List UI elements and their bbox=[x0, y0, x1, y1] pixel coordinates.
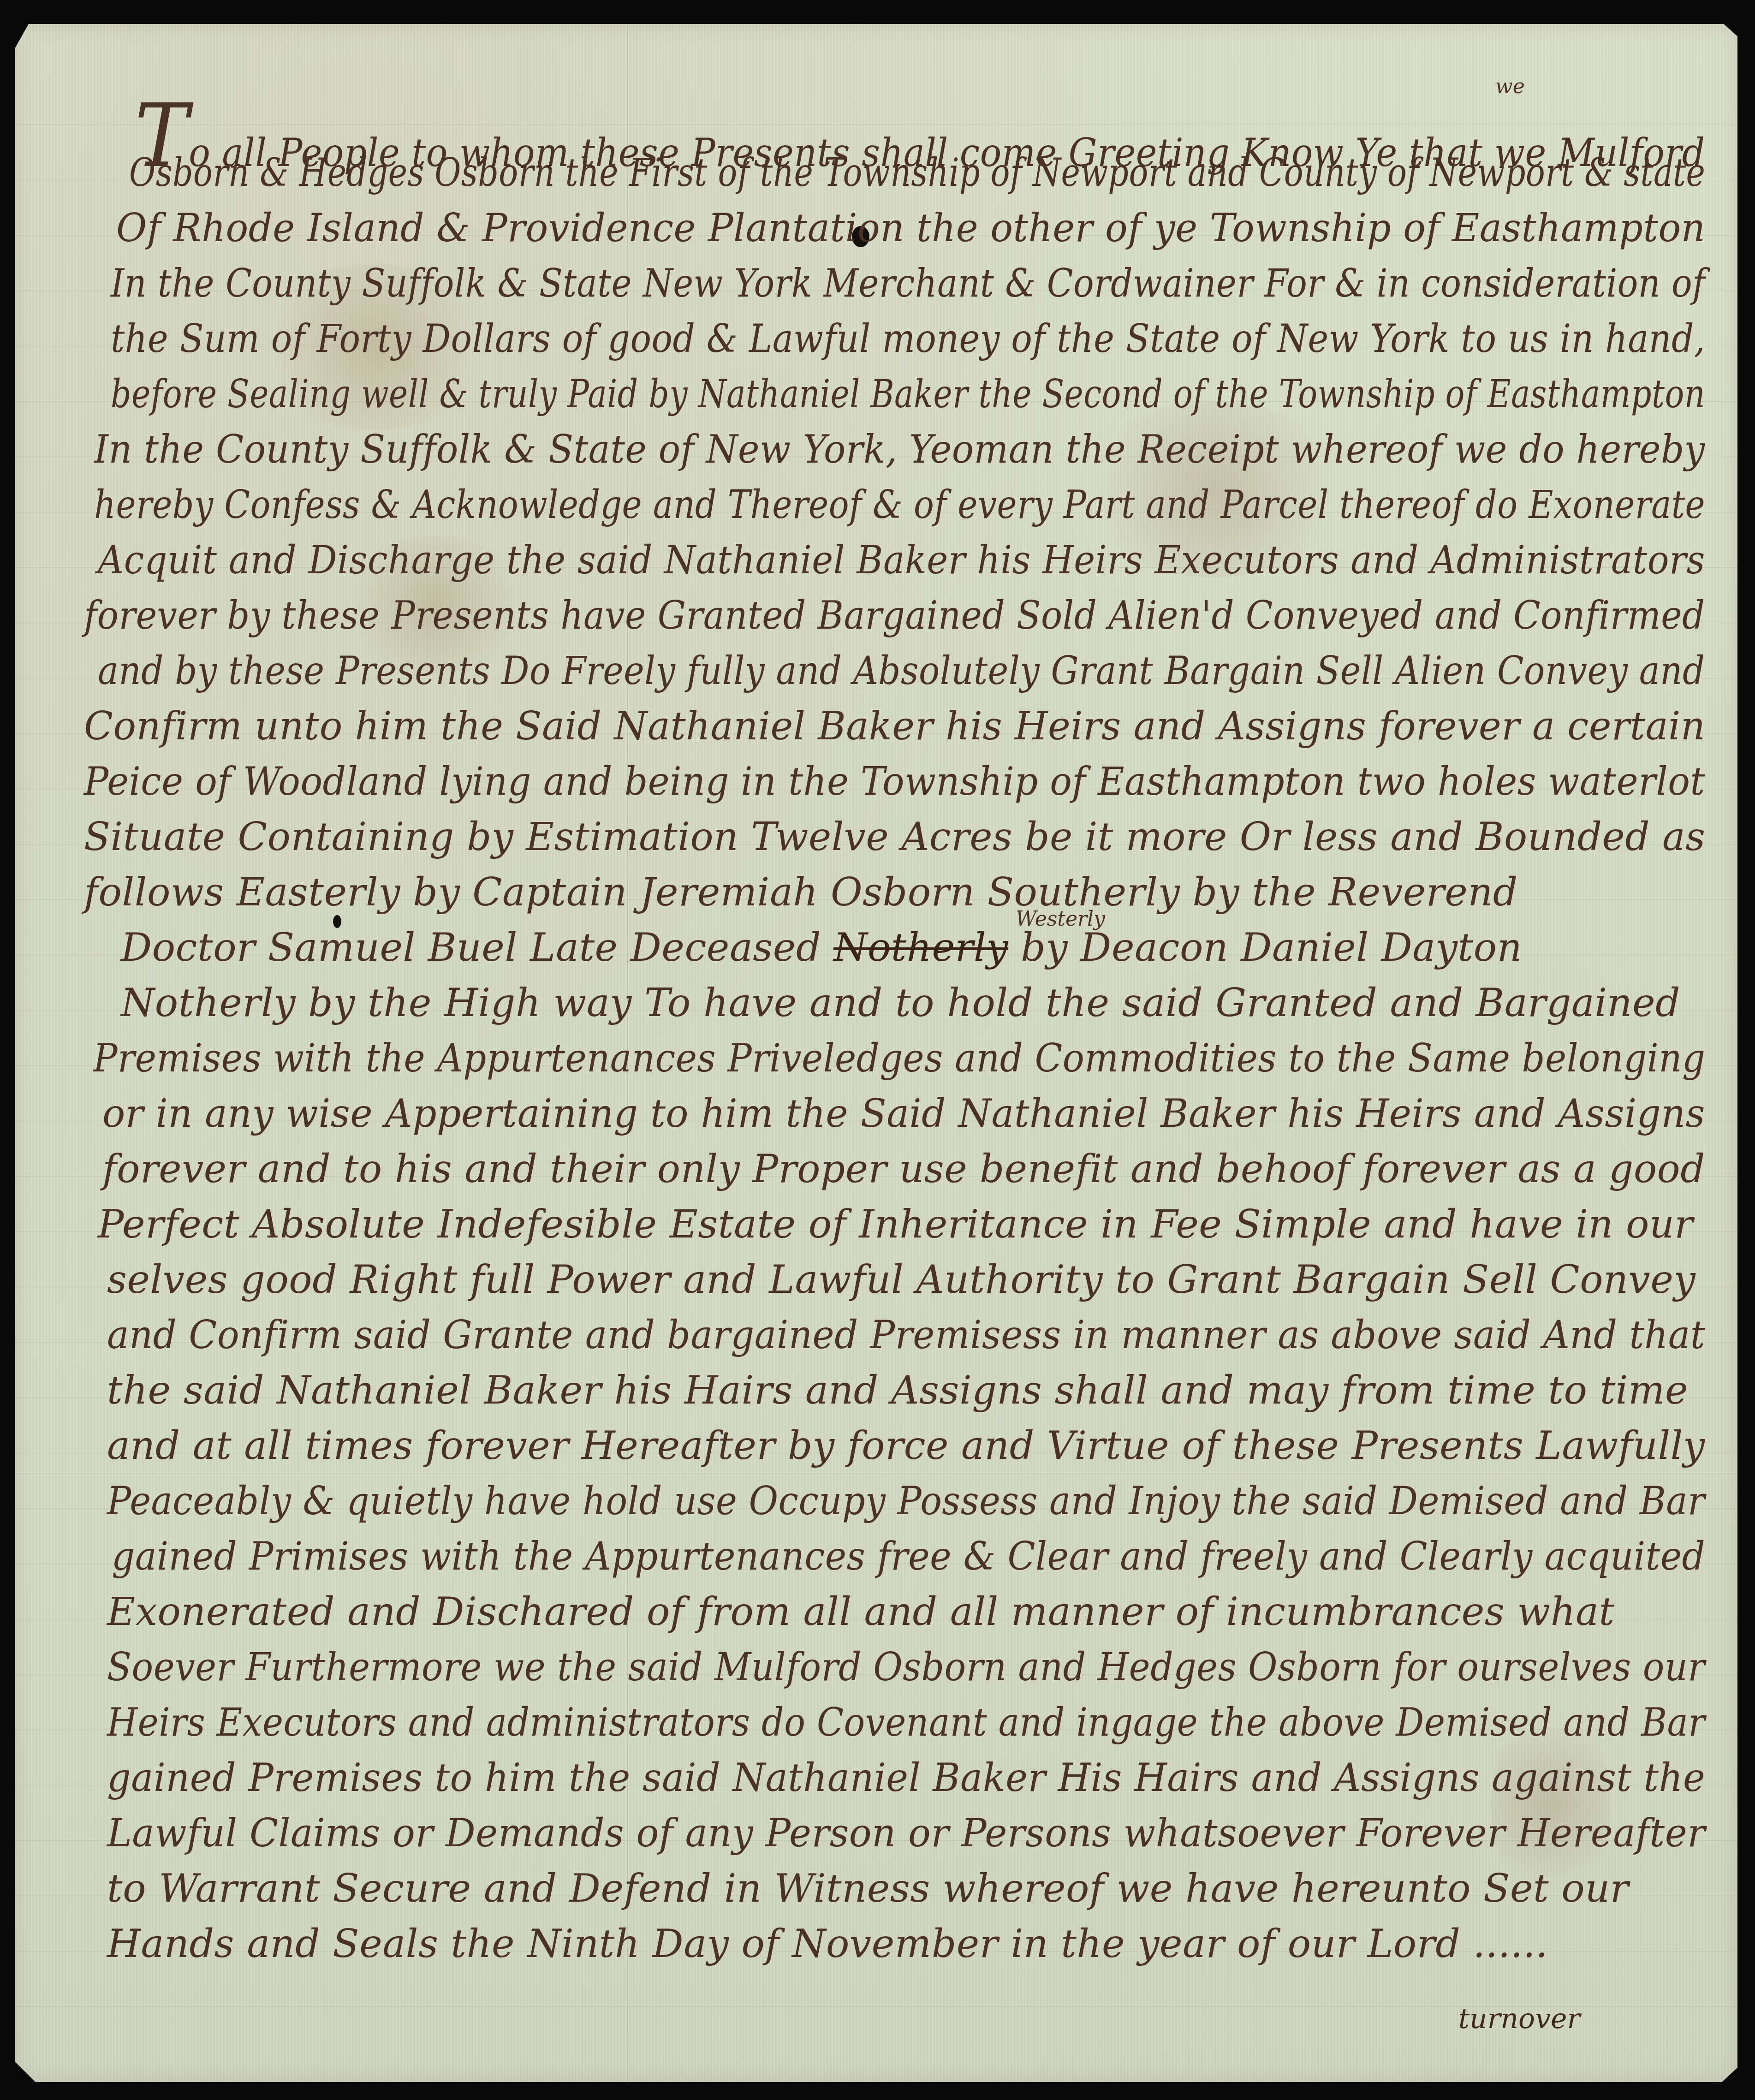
deed-line-19: or in any wise Appertaining to him the S… bbox=[102, 1094, 1667, 1133]
deed-paper: To all People to whom these Presents sha… bbox=[15, 24, 1737, 2082]
deed-line-25: and at all times forever Hereafter by fo… bbox=[107, 1426, 1702, 1465]
deed-line-11: and by these Presents Do Freely fully an… bbox=[98, 651, 1541, 690]
deed-line-15: follows Easterly by Captain Jeremiah Osb… bbox=[84, 873, 1705, 911]
deed-line-16-rest: by Deacon Daniel Dayton bbox=[1021, 925, 1522, 970]
deed-line-20: forever and to his and their only Proper… bbox=[102, 1149, 1697, 1188]
deed-line-8: hereby Confess & Acknowledge and Thereof… bbox=[94, 485, 1497, 524]
deed-line-33: to Warrant Secure and Defend in Witness … bbox=[107, 1869, 1705, 1908]
deed-line-3: Of Rhode Island & Providence Plantation … bbox=[116, 208, 1652, 247]
deed-line-29: Soever Furthermore we the said Mulford O… bbox=[107, 1648, 1586, 1686]
deed-line-10: forever by these Presents have Granted B… bbox=[84, 596, 1570, 635]
deed-line-13: Peice of Woodland lying and being in the… bbox=[84, 762, 1617, 801]
interlinear-insertion-we: we bbox=[1495, 75, 1525, 98]
struck-word: Notherly bbox=[833, 925, 1008, 970]
deed-line-12: Confirm unto him the Said Nathaniel Bake… bbox=[84, 707, 1678, 745]
deed-line-16: Doctor Samuel Buel Late Deceased Notherl… bbox=[121, 928, 1705, 967]
deed-line-4: In the County Suffolk & State New York M… bbox=[111, 264, 1523, 303]
deed-line-28: Exonerated and Dischared of from all and… bbox=[107, 1592, 1705, 1631]
deed-line-14: Situate Containing by Estimation Twelve … bbox=[84, 817, 1696, 856]
deed-line-30: Heirs Executors and administrators do Co… bbox=[107, 1703, 1557, 1742]
turnover-note: turnover bbox=[1458, 2003, 1580, 2035]
deed-line-26: Peaceably & quietly have hold use Occupy… bbox=[107, 1481, 1588, 1520]
deed-line-7: In the County Suffolk & State of New Yor… bbox=[94, 430, 1608, 469]
deed-line-2: Osborn & Hedges Osborn the First of the … bbox=[129, 153, 1443, 192]
deed-line-27: gained Primises with the Appurtenances f… bbox=[112, 1537, 1606, 1576]
deed-line-31: gained Premises to him the said Nathanie… bbox=[107, 1758, 1649, 1797]
deed-line-18: Premises with the Appurtenances Priveled… bbox=[93, 1039, 1595, 1077]
deed-line-6: before Sealing well & truly Paid by Nath… bbox=[111, 375, 1437, 413]
deed-line-32: Lawful Claims or Demands of any Person o… bbox=[107, 1814, 1654, 1852]
deed-line-9: Acquit and Discharge the said Nathaniel … bbox=[98, 541, 1590, 579]
deed-line-24: the said Nathaniel Baker his Hairs and A… bbox=[107, 1371, 1705, 1410]
deed-line-17: Notherly by the High way To have and to … bbox=[121, 983, 1705, 1022]
deed-line-23: and Confirm said Grante and bargained Pr… bbox=[107, 1315, 1629, 1354]
deed-line-16-text: Doctor Samuel Buel Late Deceased bbox=[121, 925, 821, 970]
deed-text: To all People to whom these Presents sha… bbox=[15, 24, 1737, 2082]
deed-line-34: Hands and Seals the Ninth Day of Novembe… bbox=[107, 1924, 1705, 1963]
deed-line-22: selves good Right full Power and Lawful … bbox=[107, 1260, 1705, 1299]
deed-line-5: the Sum of Forty Dollars of good & Lawfu… bbox=[111, 319, 1550, 358]
deed-line-21: Perfect Absolute Indefesible Estate of I… bbox=[98, 1205, 1705, 1243]
